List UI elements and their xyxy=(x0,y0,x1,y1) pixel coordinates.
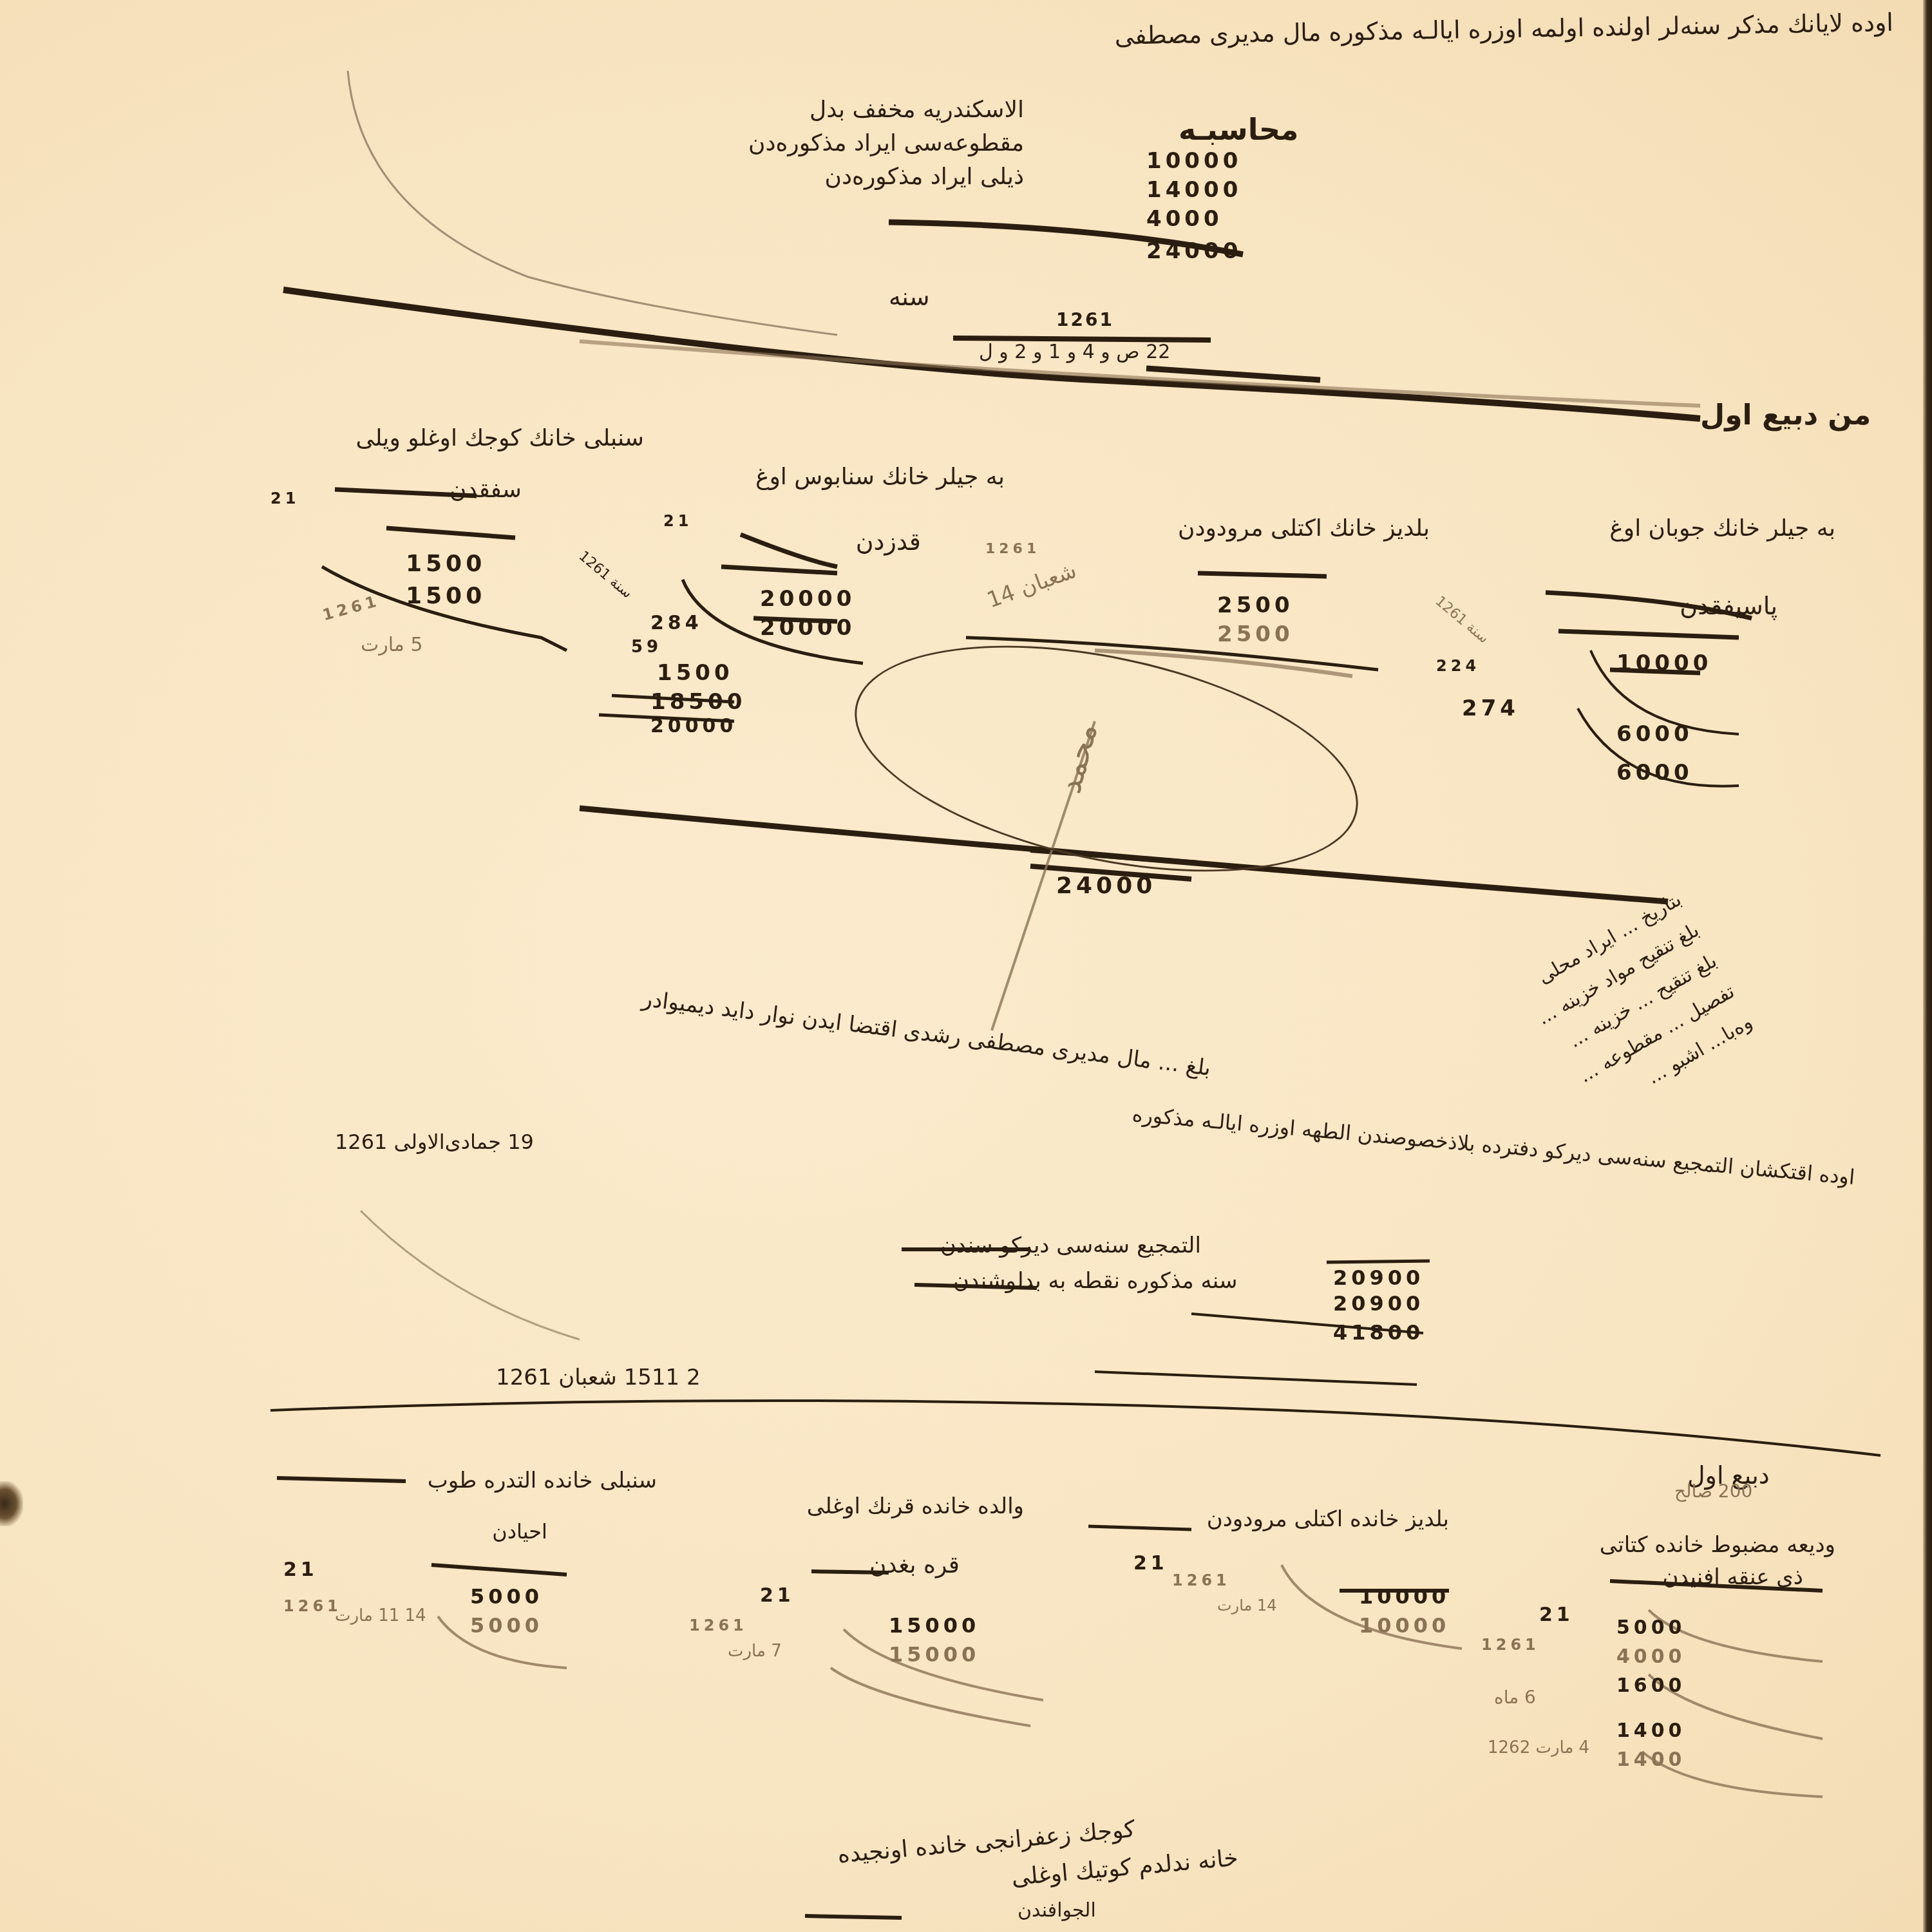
amount: 14000 xyxy=(1146,177,1242,203)
note: 21 xyxy=(1133,1552,1168,1575)
amount: 1400 xyxy=(1616,1748,1686,1771)
entry-name: سنبلی خانده التدره طوب xyxy=(428,1468,657,1493)
amount: 5000 xyxy=(1616,1616,1686,1639)
note: 21 xyxy=(663,512,692,530)
amount: 1500 xyxy=(406,551,486,577)
entry-name: به جیلر خانك جوبان اوغ xyxy=(1609,515,1835,542)
note: 14 11 مارت xyxy=(335,1607,426,1626)
amount: 1600 xyxy=(1616,1674,1686,1697)
amount: 6000 xyxy=(1616,721,1693,747)
note: 18500 xyxy=(650,689,746,715)
summary-line: ذیلی ایراد مذكوره‌دن xyxy=(825,164,1024,190)
year-sub: 22 ص و 4 و 1 و 2 و ل xyxy=(979,341,1170,364)
note: 21 xyxy=(1539,1604,1574,1626)
amount: 2500 xyxy=(1217,592,1294,618)
note: 284 xyxy=(650,612,703,634)
amount: 6000 xyxy=(1616,760,1693,786)
document-page: اوده لایانك مذكر سنه‌لر اولنده اولمه اوز… xyxy=(0,0,1932,1932)
entry-name: بلدیز خانده اكتلی مرودودن xyxy=(1207,1507,1449,1532)
note: 224 xyxy=(1436,657,1480,675)
amount: 20000 xyxy=(760,586,855,612)
entry-detail: قدزدن xyxy=(856,528,921,556)
note: 274 xyxy=(1462,696,1519,721)
entry-name: والده خانده قرنك اوغلی xyxy=(807,1494,1024,1519)
note: 14 مارت xyxy=(1217,1597,1277,1615)
entry-detail: ذی عنقه افنیدن xyxy=(1663,1565,1803,1590)
year-label: سنه xyxy=(889,283,930,312)
entry-name: بلدیز خانك اكتلی مرودودن xyxy=(1178,515,1430,542)
entry-name: به جیلر خانك سنابوس اوغ xyxy=(755,464,1005,490)
amount: 10000 xyxy=(1359,1613,1450,1638)
note: 6 ماه xyxy=(1494,1687,1536,1708)
amount: 1500 xyxy=(406,583,486,609)
entry-detail: سفقدن xyxy=(450,477,522,503)
page-binding-edge xyxy=(1923,0,1932,1932)
amount: 10000 xyxy=(1146,148,1242,174)
note: 1261 xyxy=(985,541,1040,557)
entry-detail: احیادن xyxy=(492,1520,547,1544)
entry-name: سنبلی خانك كوجك اوغلو ویلی xyxy=(355,425,644,451)
summary-label: محاسبـه xyxy=(1179,113,1299,147)
amount-total: 41800 xyxy=(1333,1320,1424,1345)
note: 21 xyxy=(760,1584,795,1607)
note: 1261 xyxy=(689,1616,748,1634)
entry-name: ودیعه مضبوط خانده كتاتی xyxy=(1600,1533,1835,1558)
note: 20000 xyxy=(650,715,737,737)
section1-title: من دبیع اول xyxy=(1700,399,1871,432)
note: 1500 xyxy=(657,660,734,686)
note: 21 xyxy=(270,489,299,507)
section2-footer-date: 2 1511 شعبان 1261 xyxy=(496,1365,701,1390)
entry-detail: پاسیفقدن xyxy=(1680,592,1777,621)
amount: 10000 xyxy=(1359,1584,1450,1609)
entry-detail: قره بغدن xyxy=(869,1552,960,1578)
note: 59 xyxy=(631,638,662,657)
note: 1261 xyxy=(283,1597,342,1615)
note: 200 صالح xyxy=(1674,1481,1752,1502)
amount: 5000 xyxy=(470,1613,543,1638)
summary-line: مقطوعه‌سی ایراد مذكوره‌دن xyxy=(748,130,1024,156)
amount: 5000 xyxy=(470,1584,543,1609)
amount: 1400 xyxy=(1616,1719,1686,1742)
note: 1261 xyxy=(1481,1636,1540,1654)
summary-line: الاسكندریه مخفف بدل xyxy=(810,97,1024,123)
note: 1261 xyxy=(1172,1571,1231,1589)
section1-total: 24000 xyxy=(1056,873,1156,899)
amount: 4000 xyxy=(1616,1645,1686,1668)
section2-line: سنه مذكوره نقطه به بدلوشندن xyxy=(953,1269,1238,1294)
amount: 2500 xyxy=(1217,621,1294,647)
amount: 10000 xyxy=(1616,650,1712,676)
amount: 20900 xyxy=(1333,1265,1424,1290)
section2-date: 19 جمادی‌الاولی 1261 xyxy=(335,1130,534,1154)
amount: 15000 xyxy=(889,1642,980,1667)
section2-line: التمجیع سنه‌سی دیركو سندن xyxy=(940,1233,1201,1258)
ink-blot xyxy=(0,1481,23,1526)
section4-entry-detail: الجوافندن xyxy=(1018,1900,1096,1922)
note: 5 مارت xyxy=(361,634,423,657)
amount-total: 24000 xyxy=(1146,238,1242,264)
note: 21 xyxy=(283,1558,318,1581)
amount: 20000 xyxy=(760,615,855,641)
amount: 4000 xyxy=(1146,206,1223,232)
note: 7 مارت xyxy=(728,1642,782,1662)
year-value: 1261 xyxy=(1056,309,1114,330)
amount: 20900 xyxy=(1333,1291,1424,1316)
note: 4 مارت 1262 xyxy=(1488,1739,1589,1758)
amount: 15000 xyxy=(889,1613,980,1638)
